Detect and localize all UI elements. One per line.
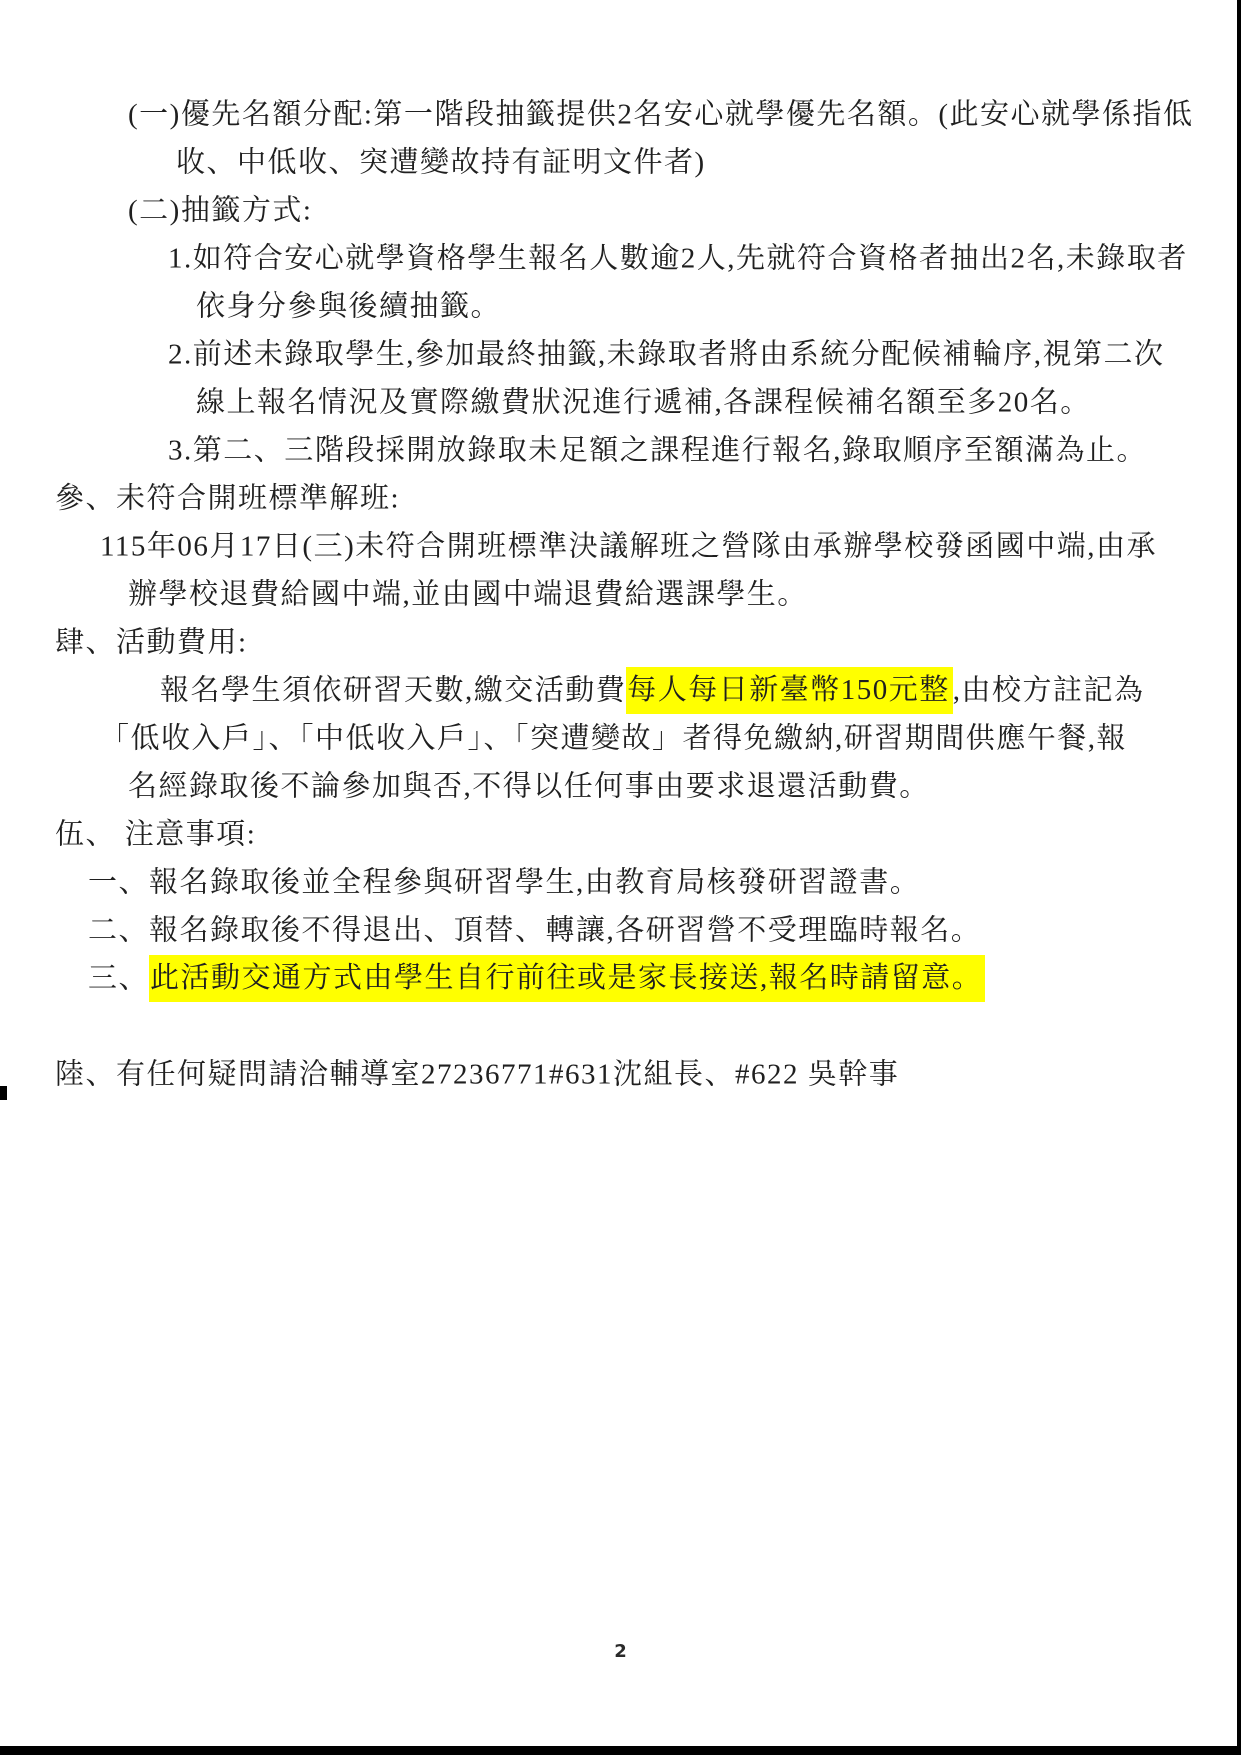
text-line: 一、報名錄取後並全程參與研習學生,由教育局核發研習證書。 [0,856,1241,904]
text-segment: 一、報名錄取後並全程參與研習學生,由教育局核發研習證書。 [88,866,920,898]
text-segment: 伍、 注意事項: [55,818,256,850]
text-line: 2.前述未錄取學生,參加最終抽籤,未錄取者將由系統分配候補輪序,視第二次 [0,328,1241,376]
text-segment: 3.第二、三階段採開放錄取未足額之課程進行報名,錄取順序至額滿為止。 [168,434,1147,466]
scan-edge-right [1237,0,1241,1755]
text-segment: 陸、有任何疑問請洽輔導室27236771#631沈組長、#622 吳幹事 [55,1058,899,1090]
text-line: 1.如符合安心就學資格學生報名人數逾2人,先就符合資格者抽出2名,未錄取者 [0,232,1241,280]
text-line: 三、此活動交通方式由學生自行前往或是家長接送,報名時請留意。 [0,952,1241,1000]
highlighted-text: 此活動交通方式由學生自行前往或是家長接送,報名時請留意。 [149,955,985,1002]
text-line: 肆、活動費用: [0,616,1241,664]
text-line: 收、中低收、突遭變故持有証明文件者) [0,136,1241,184]
text-line: 線上報名情況及實際繳費狀況進行遞補,各課程候補名額至多20名。 [0,376,1241,424]
text-segment: (二)抽籤方式: [128,194,312,226]
text-line: 115年06月17日(三)未符合開班標準決議解班之營隊由承辦學校發函國中端,由承 [0,520,1241,568]
text-segment: 線上報名情況及實際繳費狀況進行遞補,各課程候補名額至多20名。 [196,386,1091,418]
scan-edge-bottom [0,1746,1241,1755]
text-segment: 報名學生須依研習天數,繳交活動費 [160,674,626,706]
text-segment: 115年06月17日(三)未符合開班標準決議解班之營隊由承辦學校發函國中端,由承 [100,530,1157,562]
text-segment: 三、 [88,962,149,994]
text-line: 「低收入戶」、「中低收入戶」、「突遭變故」者得免繳納,研習期間供應午餐,報 [0,712,1241,760]
text-segment: 1.如符合安心就學資格學生報名人數逾2人,先就符合資格者抽出2名,未錄取者 [168,242,1188,274]
text-segment: 肆、活動費用: [55,626,248,658]
page-number: 2 [0,1641,1241,1662]
text-segment: 依身分參與後續抽籤。 [196,290,501,322]
text-line: 陸、有任何疑問請洽輔導室27236771#631沈組長、#622 吳幹事 [0,1048,1241,1096]
document-body: (一)優先名額分配:第一階段抽籤提供2名安心就學優先名額。(此安心就學係指低收、… [0,88,1241,1096]
text-line: 辦學校退費給國中端,並由國中端退費給選課學生。 [0,568,1241,616]
text-line: 名經錄取後不論參加與否,不得以任何事由要求退還活動費。 [0,760,1241,808]
text-line: 依身分參與後續抽籤。 [0,280,1241,328]
text-line: (一)優先名額分配:第一階段抽籤提供2名安心就學優先名額。(此安心就學係指低 [0,88,1241,136]
text-segment: 收、中低收、突遭變故持有証明文件者) [176,146,706,178]
text-line: 報名學生須依研習天數,繳交活動費每人每日新臺幣150元整,由校方註記為 [0,664,1241,712]
text-segment: 名經錄取後不論參加與否,不得以任何事由要求退還活動費。 [128,770,930,802]
scan-artifact [0,1086,7,1100]
text-segment: 辦學校退費給國中端,並由國中端退費給選課學生。 [128,578,808,610]
text-segment: 參、未符合開班標準解班: [55,482,400,514]
text-line: 伍、 注意事項: [0,808,1241,856]
highlighted-text: 每人每日新臺幣150元整 [626,667,953,714]
scanned-document-page: (一)優先名額分配:第一階段抽籤提供2名安心就學優先名額。(此安心就學係指低收、… [0,0,1241,1755]
text-segment: 2.前述未錄取學生,參加最終抽籤,未錄取者將由系統分配候補輪序,視第二次 [168,338,1165,370]
text-segment: ,由校方註記為 [953,674,1145,706]
text-segment: (一)優先名額分配:第一階段抽籤提供2名安心就學優先名額。(此安心就學係指低 [128,98,1194,130]
text-line: 3.第二、三階段採開放錄取未足額之課程進行報名,錄取順序至額滿為止。 [0,424,1241,472]
text-line: 參、未符合開班標準解班: [0,472,1241,520]
text-line: 二、報名錄取後不得退出、頂替、轉讓,各研習營不受理臨時報名。 [0,904,1241,952]
text-segment: 「低收入戶」、「中低收入戶」、「突遭變故」者得免繳納,研習期間供應午餐,報 [100,722,1127,754]
text-segment: 二、報名錄取後不得退出、頂替、轉讓,各研習營不受理臨時報名。 [88,914,981,946]
text-line: (二)抽籤方式: [0,184,1241,232]
